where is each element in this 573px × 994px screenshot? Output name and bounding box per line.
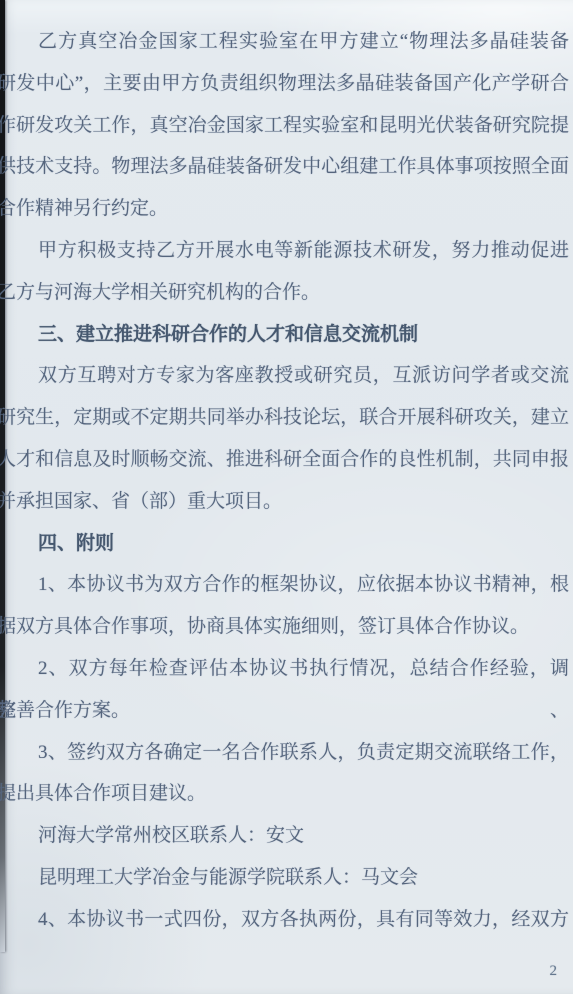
text-line: 作研发攻关工作，真空冶金国家工程实验室和昆明光伏装备研究院提: [0, 105, 569, 147]
section-heading: 四、附则: [0, 523, 569, 565]
document-body: 乙方真空冶金国家工程实验室在甲方建立“物理法多晶硅装备 研发中心”，主要由甲方负…: [0, 21, 569, 941]
text-line: 研究生，定期或不定期共同举办科技论坛，联合开展科研攻关，建立: [0, 397, 569, 439]
text-line: 并承担国家、省（部）重大项目。: [0, 481, 569, 523]
text-line: 乙方真空冶金国家工程实验室在甲方建立“物理法多晶硅装备: [0, 21, 569, 63]
text-line: 4、本协议书一式四份，双方各执两份，具有同等效力，经双方: [0, 899, 569, 941]
text-line: 提出具体合作项目建议。: [0, 773, 569, 815]
scanned-page: 乙方真空冶金国家工程实验室在甲方建立“物理法多晶硅装备 研发中心”，主要由甲方负…: [0, 0, 573, 994]
text-line: 研发中心”，主要由甲方负责组织物理法多晶硅装备国产化产学研合: [0, 63, 569, 105]
page-number: 2: [550, 963, 558, 980]
text-line: 乙方与河海大学相关研究机构的合作。: [0, 272, 569, 314]
contact-line: 昆明理工大学冶金与能源学院联系人：马文会: [0, 857, 569, 899]
section-heading: 三、建立推进科研合作的人才和信息交流机制: [0, 314, 569, 356]
text-line: 人才和信息及时顺畅交流、推进科研全面合作的良性机制，共同申报: [0, 439, 569, 481]
text-line: 2、双方每年检查评估本协议书执行情况，总结合作经验，调整、: [0, 648, 569, 690]
text-line: 合作精神另行约定。: [0, 188, 569, 230]
text-line: 供技术支持。物理法多晶硅装备研发中心组建工作具体事项按照全面: [0, 146, 569, 188]
text-line: 双方互聘对方专家为客座教授或研究员，互派访问学者或交流: [0, 355, 569, 397]
text-line: 据双方具体合作事项，协商具体实施细则，签订具体合作协议。: [0, 606, 569, 648]
text-line: 3、签约双方各确定一名合作联系人，负责定期交流联络工作，: [0, 732, 569, 774]
contact-line: 河海大学常州校区联系人：安文: [0, 815, 569, 857]
text-line: 甲方积极支持乙方开展水电等新能源技术研发，努力推动促进: [0, 230, 569, 272]
text-line: 1、本协议书为双方合作的框架协议，应依据本协议书精神，根: [0, 564, 569, 606]
